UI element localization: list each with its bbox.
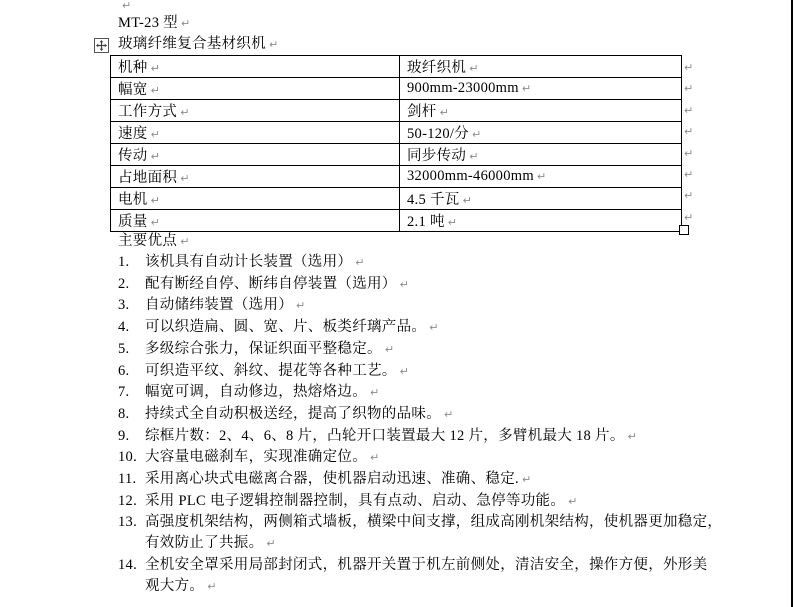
feature-item-text-content: 自动储纬装置（选用） [145,297,293,313]
spec-label-cell[interactable]: 占地面积↵ [111,166,400,188]
feature-list-item[interactable]: 3. 自动储纬装置（选用）↵ [118,295,786,317]
feature-list-item[interactable]: 11. 采用离心块式电磁离合器，使机器启动迅速、准确、稳定.↵ [118,469,786,491]
feature-item-number: 12. [118,491,145,513]
spec-label-text: 工作方式 [118,104,177,120]
cell-end-mark-icon: ↵ [180,172,190,185]
feature-list-item[interactable]: 10. 大容量电磁刹车，实现准确定位。↵ [118,447,786,469]
feature-list-item[interactable]: 1. 该机具有自动计长装置（选用）↵ [118,252,786,274]
row-end-mark-icon: ↵ [684,82,693,95]
spec-table-row: 速度↵ 50-120/分↵ [111,122,682,144]
cell-end-mark-icon: ↵ [440,106,450,119]
row-end-mark: ↵ [684,142,693,163]
feature-item-text: 多级综合张力，保证织面平整稳定。↵ [145,339,394,361]
spec-label-text: 传动 [118,148,148,164]
spec-label-cell[interactable]: 机种↵ [111,56,400,78]
feature-item-number: 2. [118,274,145,296]
feature-list-item[interactable]: 13. 高强度机架结构，两侧箱式墙板，横梁中间支撑，组成高刚机架结构，使机器更加… [118,512,786,554]
feature-item-number: 5. [118,339,145,361]
spec-value-text: 32000mm-46000mm [407,168,534,184]
feature-item-number: 11. [118,469,145,491]
feature-item-text-content: 该机具有自动计长装置（选用） [145,254,352,270]
feature-item-text-content: 采用离心块式电磁离合器，使机器启动迅速、准确、稳定. [145,471,519,487]
paragraph-mark-icon: ↵ [522,473,532,486]
spec-value-text: 同步传动 [407,148,466,164]
spec-value-cell[interactable]: 同步传动↵ [400,144,682,166]
row-end-mark: ↵ [684,163,693,184]
feature-list-item[interactable]: 2. 配有断经自停、断纬自停装置（选用）↵ [118,274,786,296]
feature-item-text: 配有断经自停、断纬自停装置（选用）↵ [145,274,409,296]
features-heading-paragraph[interactable]: 主要优点↵ [118,231,786,252]
cell-end-mark-icon: ↵ [469,150,479,163]
feature-item-text: 综框片数：2、4、6、8 片，凸轮开口装置最大 12 片，多臂机最大 18 片。… [145,426,637,448]
spec-value-text: 4.5 千瓦 [407,192,460,208]
spec-label-cell[interactable]: 传动↵ [111,144,400,166]
row-end-mark: ↵ [684,99,693,120]
feature-item-text: 该机具有自动计长装置（选用）↵ [145,252,365,274]
feature-item-number: 8. [118,404,145,426]
feature-item-text-content: 多级综合张力，保证织面平整稳定。 [145,341,382,357]
spec-value-cell[interactable]: 50-120/分↵ [400,122,682,144]
feature-item-text: 可以织造扁、圆、宽、片、板类纤璃产品。↵ [145,317,439,339]
paragraph-mark-icon: ↵ [628,430,638,443]
move-arrows-icon [96,40,107,51]
feature-item-text-content: 可以织造扁、圆、宽、片、板类纤璃产品。 [145,319,426,335]
spec-value-cell[interactable]: 2.1 吨↵ [400,210,682,232]
feature-item-text: 可织造平纹、斜纹、提花等各种工艺。↵ [145,361,409,383]
spec-value-cell[interactable]: 900mm-23000mm↵ [400,78,682,100]
feature-item-text: 高强度机架结构，两侧箱式墙板，横梁中间支撑，组成高刚机架结构，使机器更加稳定， … [145,512,722,554]
feature-item-text-content: 采用 PLC 电子逻辑控制器控制，具有点动、启动、急停等功能。 [145,493,565,509]
cell-end-mark-icon: ↵ [180,106,190,119]
paragraph-mark-icon: ↵ [181,17,191,30]
spec-value-text: 玻纤织机 [407,60,466,76]
row-end-mark-icon: ↵ [684,211,693,224]
feature-item-text-content: 可织造平纹、斜纹、提花等各种工艺。 [145,363,397,379]
spec-label-text: 质量 [118,214,148,230]
table-row-end-marks: ↵ ↵ ↵ ↵ ↵ ↵ ↵ ↵ [684,56,693,227]
feature-item-number: 10. [118,447,145,469]
paragraph-mark-icon: ↵ [269,38,279,51]
spec-table-row: 机种↵ 玻纤织机↵ [111,56,682,78]
feature-list-item[interactable]: 6. 可织造平纹、斜纹、提花等各种工艺。↵ [118,361,786,383]
feature-item-number: 9. [118,426,145,448]
paragraph-mark-icon: ↵ [180,235,190,248]
spec-value-text: 2.1 吨 [407,214,445,230]
spec-table: 机种↵ 玻纤织机↵ 幅宽↵ 900mm-23000mm↵ 工作方式↵ 剑杆↵ 速… [110,55,682,232]
paragraph-mark-icon: ↵ [296,299,306,312]
paragraph-mark-icon: ↵ [444,408,454,421]
cell-end-mark-icon: ↵ [448,216,458,229]
cell-end-mark-icon: ↵ [463,194,473,207]
spec-value-cell[interactable]: 玻纤织机↵ [400,56,682,78]
paragraph-mark-icon: ↵ [568,495,578,508]
document-page: { "marks": { "pilcrow": "↵" }, "doc": { … [0,0,795,607]
feature-item-text: 大容量电磁刹车，实现准确定位。↵ [145,447,380,469]
spec-label-cell[interactable]: 速度↵ [111,122,400,144]
spec-value-text: 剑杆 [407,104,437,120]
title-paragraph[interactable]: 玻璃纤维复合基材织机↵ [118,34,279,55]
cell-end-mark-icon: ↵ [472,128,482,141]
spec-value-text: 50-120/分 [407,126,469,142]
feature-item-number: 1. [118,252,145,274]
spec-label-cell[interactable]: 质量↵ [111,210,400,232]
paragraph-mark-icon: ↵ [385,343,395,356]
feature-item-number: 13. [118,512,145,554]
paragraph-mark-icon: ↵ [207,580,217,593]
cell-end-mark-icon: ↵ [469,62,479,75]
spec-label-cell[interactable]: 工作方式↵ [111,100,400,122]
paragraph-mark-icon: ↵ [122,0,131,12]
feature-item-text-content: 幅宽可调，自动修边，热熔烙边。 [145,384,367,400]
spec-label-text: 电机 [118,192,148,208]
spec-value-text: 900mm-23000mm [407,80,519,96]
cell-end-mark-icon: ↵ [151,216,161,229]
table-move-handle[interactable] [94,38,109,53]
spec-label-cell[interactable]: 电机↵ [111,188,400,210]
row-end-mark-icon: ↵ [684,104,693,117]
feature-item-text: 自动储纬装置（选用）↵ [145,295,306,317]
spec-value-cell[interactable]: 4.5 千瓦↵ [400,188,682,210]
spec-table-row: 质量↵ 2.1 吨↵ [111,210,682,232]
title-text: 玻璃纤维复合基材织机 [118,36,266,52]
feature-item-text: 幅宽可调，自动修边，热熔烙边。↵ [145,382,380,404]
page-edge-line [791,0,793,607]
row-end-mark: ↵ [684,56,693,77]
spec-label-text: 幅宽 [118,82,148,98]
row-end-mark-icon: ↵ [684,61,693,74]
feature-list-item[interactable]: 14. 全机安全罩采用局部封闭式，机器开关置于机左前侧处，清洁安全，操作方便，外… [118,555,786,597]
row-end-mark-icon: ↵ [684,147,693,160]
row-end-mark-icon: ↵ [684,125,693,138]
spec-table-row: 占地面积↵ 32000mm-46000mm↵ [111,166,682,188]
feature-item-text-content: 全机安全罩采用局部封闭式，机器开关置于机左前侧处，清洁安全，操作方便，外形美 观… [145,557,707,594]
feature-list-item[interactable]: 12. 采用 PLC 电子逻辑控制器控制，具有点动、启动、急停等功能。↵ [118,491,786,513]
feature-item-number: 3. [118,295,145,317]
cell-end-mark-icon: ↵ [151,194,161,207]
spec-label-text: 机种 [118,60,148,76]
paragraph-mark-icon: ↵ [370,386,380,399]
paragraph-mark-icon: ↵ [266,537,276,550]
spec-table-row: 幅宽↵ 900mm-23000mm↵ [111,78,682,100]
paragraph-mark-icon: ↵ [400,278,410,291]
spec-label-text: 占地面积 [118,170,177,186]
feature-item-number: 7. [118,382,145,404]
feature-item-text-content: 综框片数：2、4、6、8 片，凸轮开口装置最大 12 片，多臂机最大 18 片。 [145,428,625,444]
features-heading-text: 主要优点 [118,233,177,249]
row-end-mark-icon: ↵ [684,168,693,181]
cell-end-mark-icon: ↵ [537,170,547,183]
feature-list-item[interactable]: 5. 多级综合张力，保证织面平整稳定。↵ [118,339,786,361]
paragraph-mark-icon: ↵ [400,365,410,378]
features-section: 主要优点↵ 1. 该机具有自动计长装置（选用）↵ 2. 配有断经自停、断纬自停装… [118,231,786,597]
feature-item-text: 采用离心块式电磁离合器，使机器启动迅速、准确、稳定.↵ [145,469,531,491]
model-line-paragraph[interactable]: MT-23 型↵ [118,13,191,34]
feature-item-text: 持续式全自动积极送经，提高了织物的品味。↵ [145,404,454,426]
feature-list-item[interactable]: 7. 幅宽可调，自动修边，热熔烙边。↵ [118,382,786,404]
feature-item-text-content: 大容量电磁刹车，实现准确定位。 [145,449,367,465]
cell-end-mark-icon: ↵ [151,84,161,97]
spec-value-cell[interactable]: 剑杆↵ [400,100,682,122]
row-end-mark: ↵ [684,184,693,205]
cell-end-mark-icon: ↵ [151,150,161,163]
model-line-text: MT-23 型 [118,15,178,31]
cell-end-mark-icon: ↵ [522,82,532,95]
feature-item-number: 6. [118,361,145,383]
features-list: 1. 该机具有自动计长装置（选用）↵ 2. 配有断经自停、断纬自停装置（选用）↵… [118,252,786,597]
feature-list-item[interactable]: 8. 持续式全自动积极送经，提高了织物的品味。↵ [118,404,786,426]
paragraph-mark-icon: ↵ [370,451,380,464]
feature-item-text: 采用 PLC 电子逻辑控制器控制，具有点动、启动、急停等功能。↵ [145,491,578,513]
spec-label-text: 速度 [118,126,148,142]
paragraph-mark-icon: ↵ [429,321,439,334]
feature-item-text-content: 配有断经自停、断纬自停装置（选用） [145,276,397,292]
feature-item-number: 14. [118,555,145,597]
spec-table-row: 传动↵ 同步传动↵ [111,144,682,166]
feature-item-text-content: 高强度机架结构，两侧箱式墙板，横梁中间支撑，组成高刚机架结构，使机器更加稳定， … [145,514,722,551]
row-end-mark: ↵ [684,77,693,98]
cell-end-mark-icon: ↵ [151,62,161,75]
feature-item-text-content: 持续式全自动积极送经，提高了织物的品味。 [145,406,441,422]
row-end-mark: ↵ [684,120,693,141]
feature-item-number: 4. [118,317,145,339]
spec-table-row: 电机↵ 4.5 千瓦↵ [111,188,682,210]
row-end-mark-icon: ↵ [684,189,693,202]
paragraph-mark-icon: ↵ [355,256,365,269]
row-end-mark: ↵ [684,206,693,227]
feature-item-text: 全机安全罩采用局部封闭式，机器开关置于机左前侧处，清洁安全，操作方便，外形美 观… [145,555,707,597]
cell-end-mark-icon: ↵ [151,128,161,141]
spec-table-row: 工作方式↵ 剑杆↵ [111,100,682,122]
spec-value-cell[interactable]: 32000mm-46000mm↵ [400,166,682,188]
feature-list-item[interactable]: 4. 可以织造扁、圆、宽、片、板类纤璃产品。↵ [118,317,786,339]
spec-label-cell[interactable]: 幅宽↵ [111,78,400,100]
feature-list-item[interactable]: 9. 综框片数：2、4、6、8 片，凸轮开口装置最大 12 片，多臂机最大 18… [118,426,786,448]
